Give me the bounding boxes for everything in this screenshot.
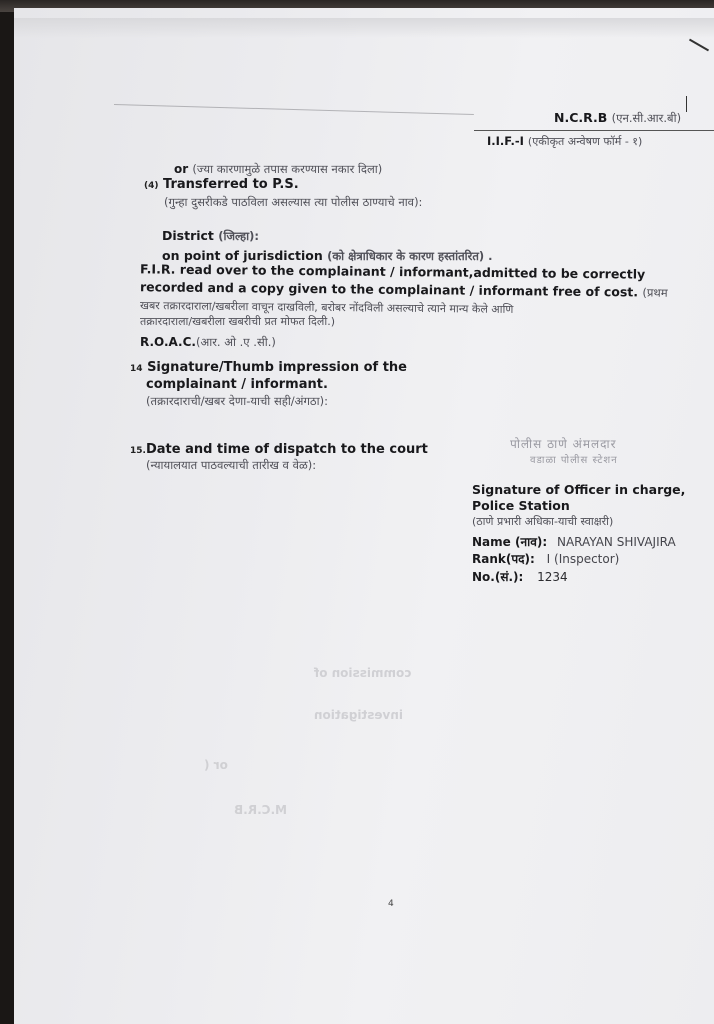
or-label: or (174, 162, 188, 176)
roac-local: (आर. ओ .ए .सी.) (196, 335, 276, 349)
officer-signature-title: Signature of Officer in charge, (472, 484, 685, 497)
officer-number-row: No.(सं.): 1234 (472, 571, 568, 583)
show-through-text: investigation (314, 708, 403, 722)
number-label: No.(सं.): (472, 570, 523, 584)
district-label: District (162, 228, 214, 243)
number-value: 1234 (537, 570, 568, 584)
officer-signature-subtitle: Police Station (472, 500, 570, 513)
header-form: I.I.F.-I (एकीकृत अन्वेषण फॉर्म - १) (487, 136, 642, 148)
section-14-title-line2: complainant / informant. (146, 378, 328, 391)
fir-statement-line1: F.I.R. read over to the complainant / in… (140, 263, 645, 281)
fir-statement-line2-local: (प्रथम (642, 285, 667, 299)
section-14-title-line1: Signature/Thumb impression of the (147, 360, 407, 375)
transferred-title-local: (गुन्हा दुसरीकडे पाठविला असल्यास त्या पो… (164, 197, 422, 209)
pen-mark (686, 96, 687, 112)
jurisdiction-local: (को क्षेत्राधिकार के कारण हस्तांतरित) . (327, 249, 492, 263)
show-through-text: or ( (204, 758, 228, 772)
header-rule (474, 130, 714, 131)
show-through-text: M.C.R.B (234, 803, 287, 817)
org-code: N.C.R.B (554, 110, 607, 125)
section-15-title: Date and time of dispatch to the court (146, 442, 428, 457)
section-number: 15. (130, 446, 146, 456)
fir-statement-local-line2: तक्रारदाराला/खबरीला खबरीची प्रत मोफत दिल… (140, 316, 335, 327)
district-local: (जिल्हा): (218, 229, 259, 243)
officer-rank-row: Rank(पद): I (Inspector) (472, 553, 619, 565)
item-number: (4) (144, 181, 159, 191)
jurisdiction-label: on point of jurisdiction (162, 248, 323, 263)
section-number: 14 (130, 364, 143, 374)
fir-statement-line2: recorded and a copy given to the complai… (140, 281, 668, 299)
officer-signature-local: (ठाणे प्रभारी अधिका-याची स्वाक्षरी) (472, 516, 613, 527)
officer-name-row: Name (नाव): NARAYAN SHIVAJIRA (472, 536, 676, 548)
org-code-local: (एन.सी.आर.बी) (612, 111, 681, 125)
page-fold (114, 104, 474, 115)
station-stamp-line2: वडाळा पोलीस स्टेशन (530, 456, 618, 466)
jurisdiction-line: on point of jurisdiction (को क्षेत्राधिक… (162, 250, 493, 263)
station-stamp-line1: पोलीस ठाणे अंमलदार (510, 438, 617, 450)
roac-label: R.O.A.C. (140, 335, 196, 349)
show-through-text: commission of (314, 666, 411, 680)
section-15-title-local: (न्यायालयात पाठवल्याची तारीख व वेळ): (146, 460, 316, 472)
section-14-title-local: (तक्रारदाराची/खबर देणा-याची सही/अंगठा): (146, 396, 328, 408)
fir-statement-local-line1: खबर तक्रारदाराला/खबरीला वाचून दाखविली, ब… (140, 300, 513, 315)
pen-mark (689, 39, 709, 52)
section-14-heading: 14 Signature/Thumb impression of the (130, 361, 407, 374)
header-org: N.C.R.B (एन.सी.आर.बी) (554, 112, 681, 125)
transferred-heading: (4) Transferred to P.S. (144, 178, 299, 191)
fir-statement-line2-text: recorded and a copy given to the complai… (140, 279, 638, 299)
rank-label: Rank(पद): (472, 552, 535, 566)
page-number: 4 (388, 900, 394, 909)
name-value: NARAYAN SHIVAJIRA (557, 535, 676, 549)
district-field: District (जिल्हा): (162, 230, 259, 243)
transferred-title: Transferred to P.S. (163, 177, 299, 192)
refusal-or-line: or (ज्या कारणामुळे तपास करण्यास नकार दिल… (174, 163, 382, 176)
form-code-local: (एकीकृत अन्वेषण फॉर्म - १) (528, 135, 642, 148)
document-page: commission of investigation or ( M.C.R.B… (14, 8, 714, 1024)
name-label: Name (नाव): (472, 535, 547, 549)
section-15-heading: 15.Date and time of dispatch to the cour… (130, 443, 428, 456)
roac-line: R.O.A.C.(आर. ओ .ए .सी.) (140, 336, 276, 349)
or-local: (ज्या कारणामुळे तपास करण्यास नकार दिला) (192, 162, 382, 176)
form-code: I.I.F.-I (487, 134, 524, 148)
rank-value: I (Inspector) (547, 552, 620, 566)
